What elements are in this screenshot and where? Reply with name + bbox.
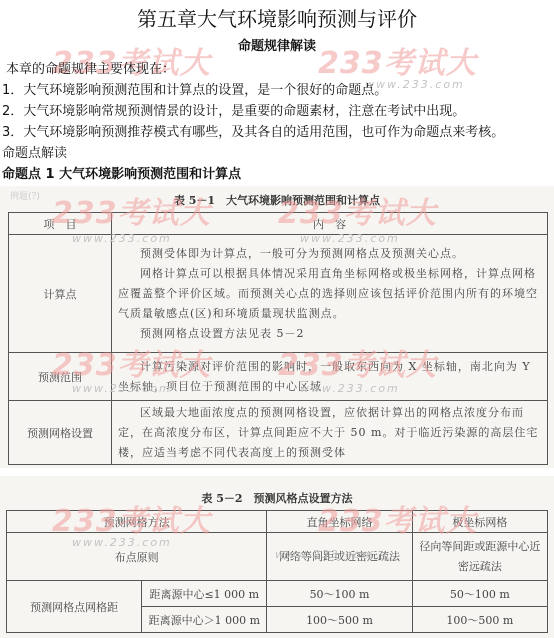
table-2-polar-value: 100～500 m — [412, 607, 547, 633]
table-2-principle-polar: 径向等间距或距源中心近密远疏法 — [412, 533, 547, 581]
table-1-row-item: 计算点 — [9, 235, 112, 353]
section-label: 命题点解读 — [2, 145, 67, 163]
table-2-polar-value: 50～100 m — [412, 581, 547, 607]
table-1-row-item: 预测范围 — [9, 353, 112, 401]
section-heading: 命题点 1 大气环境影响预测范围和计算点 — [2, 166, 241, 184]
intro-item-1: 1．大气环境影响预测范围和计算点的设置，是一个很好的命题点。 — [2, 82, 387, 100]
table-2-caption: 表 5－2 预测风格点设置方法 — [0, 490, 554, 506]
table-2: 预测网格方法 直角坐标网络 极坐标网格 布点原则 网络等间距或近密远疏法 径向等… — [6, 510, 548, 633]
table-1: 项 目 内 容 计算点 预测受体即为计算点，一般可分为预测网格点及预测关心点。 … — [8, 212, 548, 465]
table-1-row-content: 区域最大地面浓度点的预测网格设置，应依据计算出的网格点浓度分布而定，在高浓度分布… — [112, 401, 548, 465]
table-2-principle-cartesian: 网络等间距或近密远疏法 — [267, 533, 412, 581]
table-2-header-method: 预测网格方法 — [7, 511, 267, 533]
table-2-condition: 距离源中心＞1 000 m — [142, 607, 267, 633]
table-1-row-item: 预测网格设置 — [9, 401, 112, 465]
table-2-principle-label: 布点原则 — [7, 533, 267, 581]
table-1-header-item: 项 目 — [9, 213, 112, 235]
table-2-header-cartesian: 直角坐标网络 — [267, 511, 412, 533]
table-2-header-polar: 极坐标网格 — [412, 511, 547, 533]
table-1-row-content: 预测受体即为计算点，一般可分为预测网格点及预测关心点。 网格计算点可以根据具体情… — [112, 235, 548, 353]
table-2-cartesian-value: 50～100 m — [267, 581, 412, 607]
table-2-spacing-label: 预测网格点网格距 — [7, 581, 142, 633]
table-2-condition: 距离源中心≤1 000 m — [142, 581, 267, 607]
table-1-header-content: 内 容 — [112, 213, 548, 235]
section-subtitle: 命题规律解读 — [0, 38, 554, 56]
intro-item-2: 2．大气环境影响常规预测情景的设计，是重要的命题素材，注意在考试中出现。 — [2, 103, 465, 121]
intro-lead: 本章的命题规律主要体现在： — [6, 61, 175, 79]
document-title: 第五章大气环境影响预测与评价 — [0, 6, 554, 32]
intro-item-3: 3．大气环境影响预测推荐模式有哪些，及其各自的适用范围，也可作为命题点来考核。 — [2, 124, 504, 142]
table-2-cartesian-value: 100～500 m — [267, 607, 412, 633]
table-1-row-content: 计算污染源对评价范围的影响时，一般取东西向为 X 坐标轴，南北向为 Y 坐标轴，… — [112, 353, 548, 401]
table-1-caption: 表 5－1 大气环境影响预测范围和计算点 — [0, 192, 554, 208]
